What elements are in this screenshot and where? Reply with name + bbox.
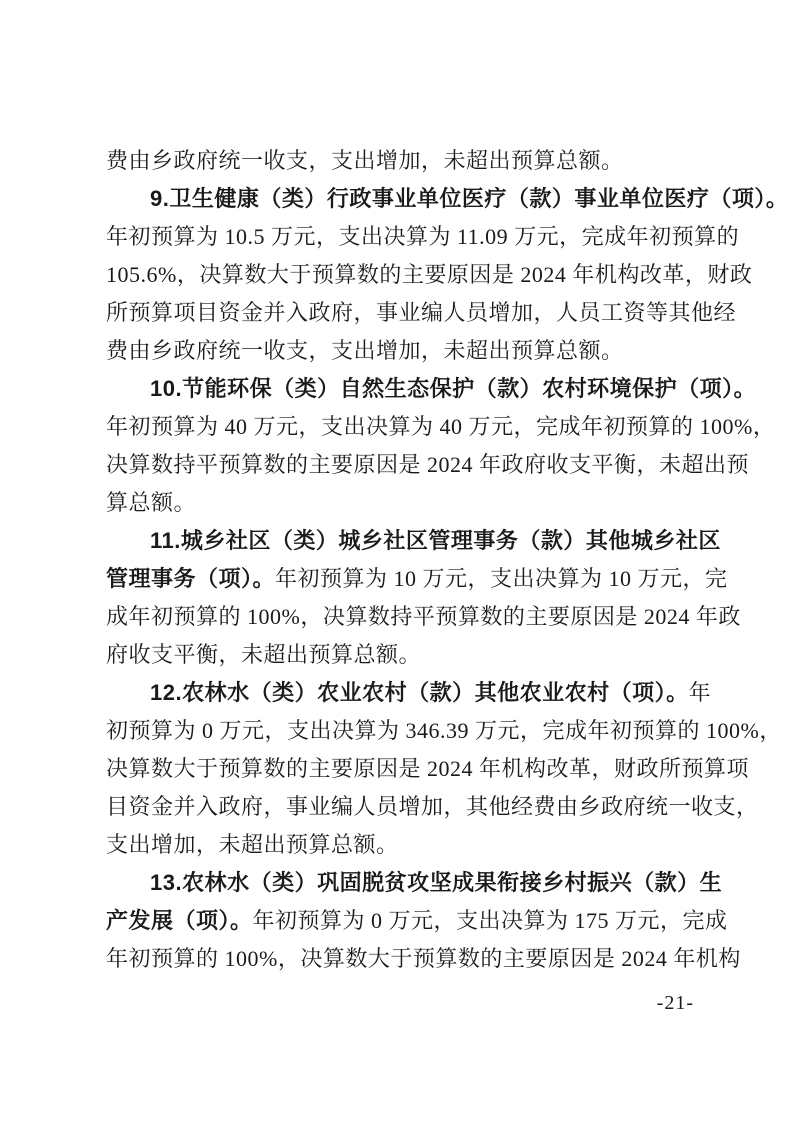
text-line: 支出增加，未超出预算总额。 (106, 826, 694, 864)
text-line: 年初预算为 40 万元，支出决算为 40 万元，完成年初预算的 100%， (106, 408, 694, 446)
heading-line-item-13: 13.农林水（类）巩固脱贫攻坚成果衔接乡村振兴（款）生 (106, 864, 694, 902)
heading-run: 13.农林水（类）巩固脱贫攻坚成果衔接乡村振兴（款）生 (150, 870, 722, 895)
heading-run: 10.节能环保（类）自然生态保护（款）农村环境保护（项）。 (150, 376, 756, 401)
text-line: 决算数持平预算数的主要原因是 2024 年政府收支平衡，未超出预 (106, 446, 694, 484)
text-line: 算总额。 (106, 484, 694, 522)
heading-run: 产发展（项）。 (106, 908, 253, 933)
text-line: 成年初预算的 100%，决算数持平预算数的主要原因是 2024 年政 (106, 598, 694, 636)
text-run: 年初预算为 10 万元，支出决算为 10 万元，完 (275, 566, 728, 591)
text-line: 所预算项目资金并入政府，事业编人员增加，人员工资等其他经 (106, 294, 694, 332)
text-run: 年初预算为 10.5 万元，支出决算为 11.09 万元，完成年初预算的 (106, 224, 739, 249)
text-run: 年初预算为 40 万元，支出决算为 40 万元，完成年初预算的 100%， (106, 414, 775, 439)
text-line: 管理事务（项）。年初预算为 10 万元，支出决算为 10 万元，完 (106, 560, 694, 598)
text-line: 目资金并入政府，事业编人员增加，其他经费由乡政府统一收支， (106, 788, 694, 826)
text-line: 费由乡政府统一收支，支出增加，未超出预算总额。 (106, 142, 694, 180)
body-text: 费由乡政府统一收支，支出增加，未超出预算总额。 9.卫生健康（类）行政事业单位医… (106, 142, 694, 978)
text-line: 决算数大于预算数的主要原因是 2024 年机构改革，财政所预算项 (106, 750, 694, 788)
text-run: 年初预算为 0 万元，支出决算为 175 万元，完成 (253, 908, 728, 933)
text-run: 算总额。 (106, 490, 196, 515)
text-run: 决算数大于预算数的主要原因是 2024 年机构改革，财政所预算项 (106, 756, 749, 781)
text-line: 府收支平衡，未超出预算总额。 (106, 636, 694, 674)
text-line: 产发展（项）。年初预算为 0 万元，支出决算为 175 万元，完成 (106, 902, 694, 940)
heading-run: 管理事务（项）。 (106, 566, 275, 591)
heading-run: 12.农林水（类）农业农村（款）其他农业农村（项）。 (150, 680, 689, 705)
text-line: 年初预算为 10.5 万元，支出决算为 11.09 万元，完成年初预算的 (106, 218, 694, 256)
heading-run: 9.卫生健康（类）行政事业单位医疗（款）事业单位医疗（项）。 (150, 186, 788, 211)
text-line: 初预算为 0 万元，支出决算为 346.39 万元，完成年初预算的 100%， (106, 712, 694, 750)
text-run: 支出增加，未超出预算总额。 (106, 832, 399, 857)
page-number: -21- (657, 992, 694, 1015)
heading-run: 11.城乡社区（类）城乡社区管理事务（款）其他城乡社区 (150, 528, 721, 553)
text-run: 所预算项目资金并入政府，事业编人员增加，人员工资等其他经 (106, 300, 736, 325)
text-run: 年 (689, 680, 712, 705)
heading-line-item-9: 9.卫生健康（类）行政事业单位医疗（款）事业单位医疗（项）。 (106, 180, 694, 218)
text-run: 105.6%，决算数大于预算数的主要原因是 2024 年机构改革，财政 (106, 262, 752, 287)
text-run: 初预算为 0 万元，支出决算为 346.39 万元，完成年初预算的 100%， (106, 718, 782, 743)
heading-line-item-12: 12.农林水（类）农业农村（款）其他农业农村（项）。年 (106, 674, 694, 712)
text-run: 年初预算的 100%，决算数大于预算数的主要原因是 2024 年机构 (106, 946, 741, 971)
text-run: 决算数持平预算数的主要原因是 2024 年政府收支平衡，未超出预 (106, 452, 749, 477)
text-line: 年初预算的 100%，决算数大于预算数的主要原因是 2024 年机构 (106, 940, 694, 978)
text-line: 费由乡政府统一收支，支出增加，未超出预算总额。 (106, 332, 694, 370)
text-run: 目资金并入政府，事业编人员增加，其他经费由乡政府统一收支， (106, 794, 759, 819)
text-run: 府收支平衡，未超出预算总额。 (106, 642, 421, 667)
text-line: 105.6%，决算数大于预算数的主要原因是 2024 年机构改革，财政 (106, 256, 694, 294)
text-run: 成年初预算的 100%，决算数持平预算数的主要原因是 2024 年政 (106, 604, 741, 629)
text-run: 费由乡政府统一收支，支出增加，未超出预算总额。 (106, 338, 624, 363)
heading-line-item-11: 11.城乡社区（类）城乡社区管理事务（款）其他城乡社区 (106, 522, 694, 560)
text-run: 费由乡政府统一收支，支出增加，未超出预算总额。 (106, 148, 624, 173)
heading-line-item-10: 10.节能环保（类）自然生态保护（款）农村环境保护（项）。 (106, 370, 694, 408)
